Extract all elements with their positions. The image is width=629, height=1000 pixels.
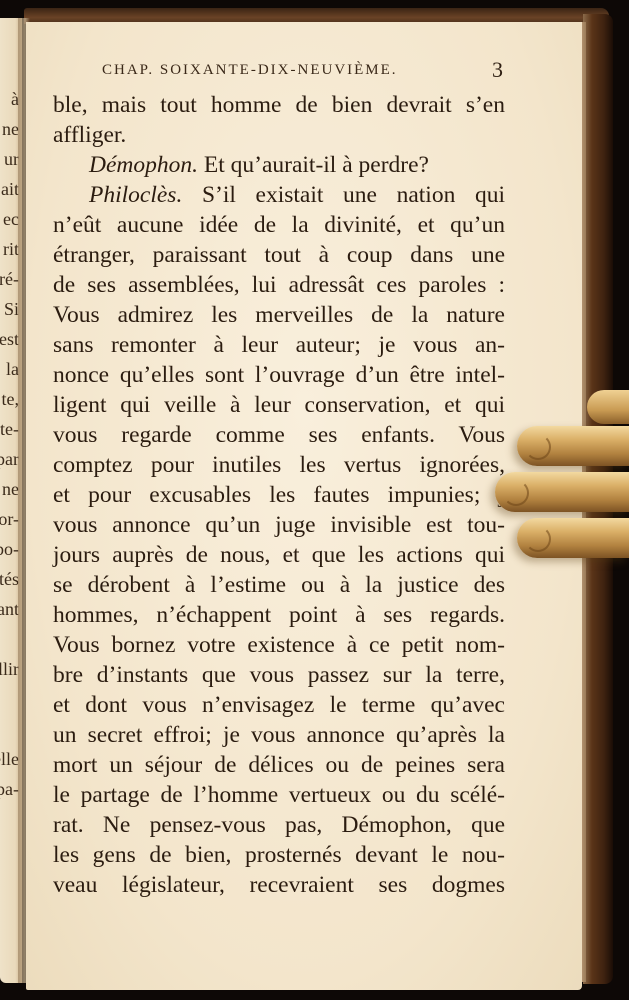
brass-finger-icon [495, 472, 629, 512]
facing-page-text-fragment: par [0, 450, 19, 468]
text-line: sans remonter à leur auteur; je vous an- [53, 330, 505, 360]
line-text: nonce qu’elles sont l’ouvrage d’un être … [53, 362, 505, 388]
text-line: mort un séjour de délices ou de peines s… [53, 750, 505, 780]
facing-page-text-fragment: llir [0, 660, 19, 678]
facing-page-text-fragment: po- [0, 540, 19, 558]
text-line: Vous admirez les merveilles de la nature [53, 300, 505, 330]
text-line: et pour excusables les fautes impunies; … [53, 480, 505, 510]
text-line: étranger, paraissant tout à coup dans un… [53, 240, 505, 270]
facing-page-text-fragment: Si [4, 300, 19, 318]
text-line: veau législateur, recevraient ses dogmes [53, 870, 505, 900]
line-text: le partage de l’homme vertueux ou du scé… [53, 782, 505, 808]
speaker-name: Philoclès. [89, 182, 182, 208]
brass-thumb-icon [587, 390, 629, 424]
facing-page-text-fragment: ur [4, 150, 19, 168]
text-line: bre d’instants que vous passez sur la te… [53, 660, 505, 690]
facing-page-text-fragment: pa- [0, 780, 19, 798]
facing-page-text-fragment: ant [0, 600, 19, 618]
text-line: hommes, n’échappent point à ses regards. [53, 600, 505, 630]
line-text: étranger, paraissant tout à coup dans un… [53, 242, 505, 268]
text-line: comptez pour inutiles les vertus ignorée… [53, 450, 505, 480]
text-line: affliger. [53, 120, 505, 150]
text-line: Démophon. Et qu’aurait-il à perdre? [53, 150, 505, 180]
facing-page-text-fragment: ne [2, 480, 19, 498]
text-line: n’eût aucune idée de la divinité, et qu’… [53, 210, 505, 240]
speaker-name: Démophon. [89, 152, 198, 178]
line-text: de ses assemblées, lui adressât ces paro… [53, 272, 505, 298]
line-text: jours auprès de nous, et que les actions… [53, 542, 505, 568]
line-text: mort un séjour de délices ou de peines s… [53, 752, 505, 778]
line-text: Vous bornez votre existence à ce petit n… [53, 632, 505, 658]
facing-page-text-fragment: ait [1, 180, 19, 198]
text-line: Philoclès. S’il existait une nation qui [53, 180, 505, 210]
line-text: les gens de bien, prosternés devant le n… [53, 842, 505, 868]
line-text: S’il existait une nation qui [182, 182, 505, 208]
text-line: se dérobent à l’estime ou à la justice d… [53, 570, 505, 600]
facing-page-text-fragment: tés [0, 570, 19, 588]
facing-page-text-fragment: ré- [0, 270, 19, 288]
text-line: les gens de bien, prosternés devant le n… [53, 840, 505, 870]
line-text: rat. Ne pensez-vous pas, Démophon, que [53, 812, 505, 838]
facing-page-text-fragment: or- [0, 510, 19, 528]
line-text: se dérobent à l’estime ou à la justice d… [53, 572, 505, 598]
text-line: vous annonce qu’un juge invisible est to… [53, 510, 505, 540]
line-text: sans remonter à leur auteur; je vous an- [53, 332, 505, 358]
text-line: Vous bornez votre existence à ce petit n… [53, 630, 505, 660]
line-text: un secret effroi; je vous annonce qu’apr… [53, 722, 505, 748]
facing-page-text-fragment: ne [2, 120, 19, 138]
line-text: veau législateur, recevraient ses dogmes [53, 872, 505, 898]
line-text: vous regarde comme ses enfants. Vous [53, 422, 505, 448]
text-line: un secret effroi; je vous annonce qu’apr… [53, 720, 505, 750]
facing-page-text-fragment: elle [0, 750, 19, 768]
text-line: le partage de l’homme vertueux ou du scé… [53, 780, 505, 810]
text-line: jours auprès de nous, et que les actions… [53, 540, 505, 570]
text-line: nonce qu’elles sont l’ouvrage d’un être … [53, 360, 505, 390]
line-text: n’eût aucune idée de la divinité, et qu’… [53, 212, 505, 238]
line-text: affliger. [53, 122, 126, 148]
brass-finger-icon [517, 426, 629, 466]
page-body-text: ble, mais tout homme de bien devrait s’e… [53, 90, 505, 900]
text-line: de ses assemblées, lui adressât ces paro… [53, 270, 505, 300]
brass-hand-page-clip [495, 390, 629, 565]
facing-page-text-fragment: est [0, 330, 19, 348]
line-text: Vous admirez les merveilles de la nature [53, 302, 505, 328]
line-text: et pour excusables les fautes impunies; … [53, 482, 505, 508]
text-line: ligent qui veille à leur conservation, e… [53, 390, 505, 420]
line-text: Et qu’aurait-il à perdre? [198, 152, 429, 178]
facing-page-text-fragment: rit [3, 240, 19, 258]
text-line: rat. Ne pensez-vous pas, Démophon, que [53, 810, 505, 840]
text-line: ble, mais tout homme de bien devrait s’e… [53, 90, 505, 120]
text-line: et dont vous n’envisagez le terme qu’ave… [53, 690, 505, 720]
line-text: vous annonce qu’un juge invisible est to… [53, 512, 505, 538]
page-number: 3 [492, 57, 503, 83]
text-line: vous regarde comme ses enfants. Vous [53, 420, 505, 450]
line-text: ble, mais tout homme de bien devrait s’e… [53, 92, 505, 118]
facing-page-text-fragment: te, [2, 390, 20, 408]
facing-page-text-fragment: te- [0, 420, 19, 438]
line-text: et dont vous n’envisagez le terme qu’ave… [53, 692, 505, 718]
facing-page-text-fragment: ec [3, 210, 19, 228]
line-text: hommes, n’échappent point à ses regards. [53, 602, 505, 628]
line-text: ligent qui veille à leur conservation, e… [53, 392, 505, 418]
line-text: bre d’instants que vous passez sur la te… [53, 662, 505, 688]
running-head: CHAP. SOIXANTE-DIX-NEUVIÈME. [102, 62, 512, 79]
line-text: comptez pour inutiles les vertus ignorée… [53, 452, 505, 478]
brass-finger-icon [517, 518, 629, 558]
